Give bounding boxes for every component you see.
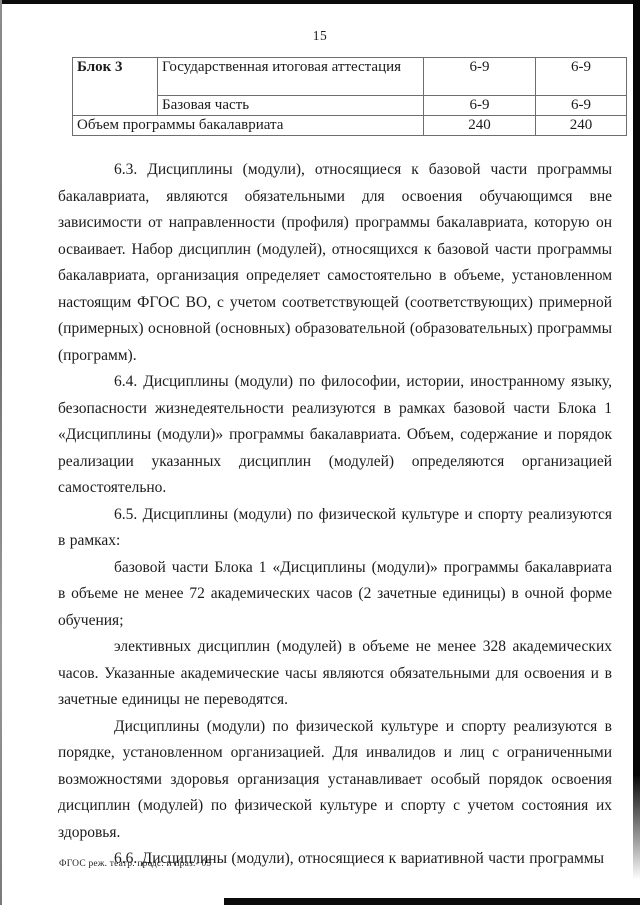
paragraph-6-3: 6.3. Дисциплины (модули), относящиеся к … <box>58 157 612 369</box>
table-cell-total-volume: Объем программы бакалавриата <box>73 116 424 136</box>
paragraph-6-4: 6.4. Дисциплины (модули) по философии, и… <box>58 369 612 502</box>
document-footer-code: ФГОС реж. театр. предс. и праз.- 05 <box>59 859 211 869</box>
scan-edge-left <box>0 0 2 905</box>
document-body: 6.3. Дисциплины (модули), относящиеся к … <box>58 157 612 873</box>
table-cell-value: 6-9 <box>424 58 536 96</box>
table-cell-gia: Государственная итоговая аттестация <box>158 58 424 96</box>
table-cell-block3: Блок 3 <box>73 58 158 116</box>
scan-edge-top <box>0 0 640 4</box>
scan-edge-right <box>633 0 640 880</box>
table-cell-value: 6-9 <box>536 58 627 96</box>
table-cell-value: 6-9 <box>536 96 627 116</box>
table-cell-value: 240 <box>536 116 627 136</box>
table-row: Объем программы бакалавриата 240 240 <box>73 116 627 136</box>
table-cell-value: 6-9 <box>424 96 536 116</box>
scan-edge-bottom <box>224 898 640 905</box>
table-cell-base-part: Базовая часть <box>158 96 424 116</box>
paragraph-6-5-elective: элективных дисциплин (модулей) в объеме … <box>58 634 612 714</box>
table-row: Блок 3 Государственная итоговая аттестац… <box>73 58 627 96</box>
curriculum-table: Блок 3 Государственная итоговая аттестац… <box>72 57 627 136</box>
paragraph-6-5-order: Дисциплины (модули) по физической культу… <box>58 714 612 847</box>
paragraph-6-5: 6.5. Дисциплины (модули) по физической к… <box>58 502 612 555</box>
paragraph-6-5-base: базовой части Блока 1 «Дисциплины (модул… <box>58 555 612 635</box>
table-cell-value: 240 <box>424 116 536 136</box>
page-number: 15 <box>0 28 640 44</box>
